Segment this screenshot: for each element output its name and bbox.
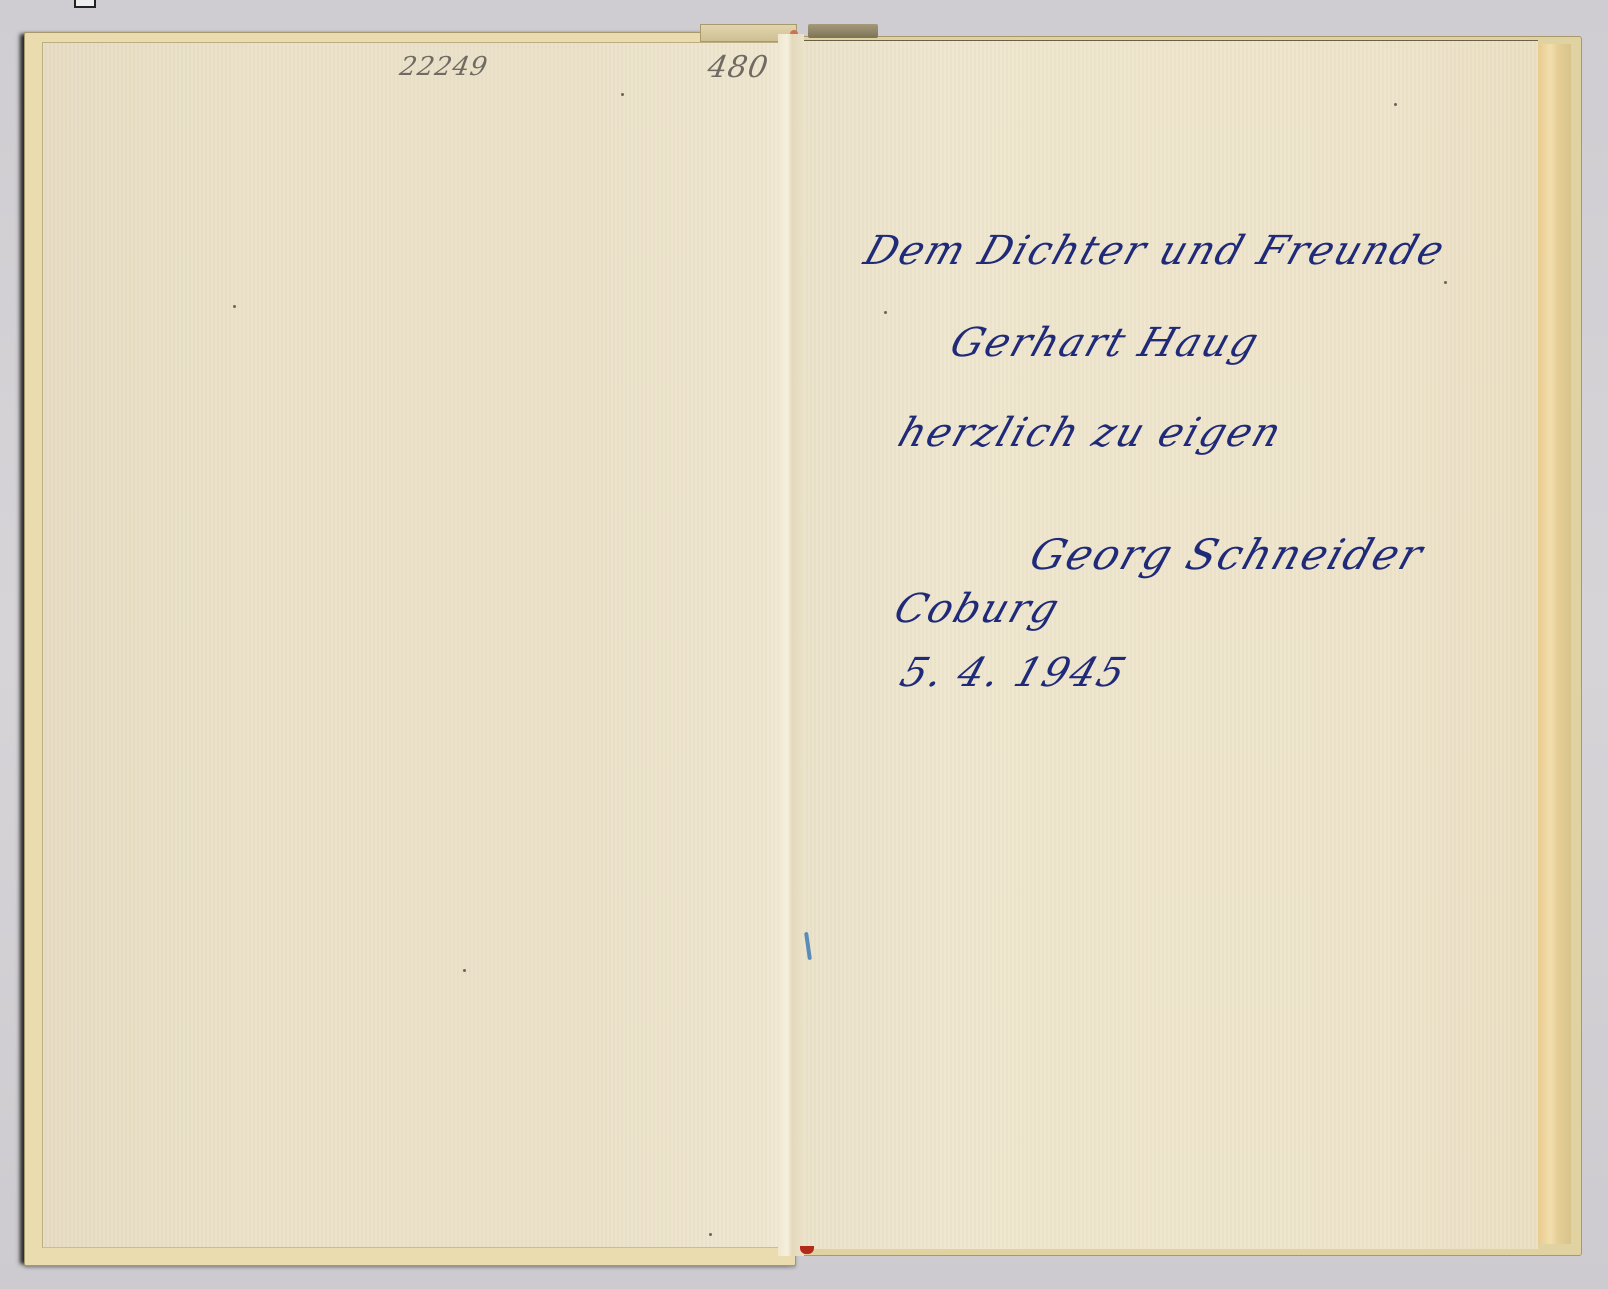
inscription-line-greeting: herzlich zu eigen [893, 410, 1289, 456]
pencil-catalog-number: 22249 [397, 52, 490, 82]
inscription-line-dedication: Dem Dichter und Freunde [859, 228, 1452, 274]
paper-speck [621, 93, 624, 96]
headband-right [808, 24, 878, 38]
left-pastedown-page [42, 42, 795, 1248]
pencil-price-mark: 480 [705, 50, 771, 85]
inscription-place: Coburg [889, 586, 1067, 632]
paper-speck [463, 969, 466, 972]
book-scan: 22249 480 Dem Dichter und Freunde Gerhar… [0, 0, 1608, 1289]
paper-speck [233, 305, 236, 308]
spine-gutter [778, 34, 804, 1256]
page-block-edge [1536, 44, 1571, 1244]
paper-speck [1394, 103, 1397, 106]
paper-speck [884, 311, 887, 314]
inscription-signature: Georg Schneider [1024, 530, 1430, 579]
inscription-date: 5. 4. 1945 [895, 650, 1134, 696]
inscription-line-recipient: Gerhart Haug [945, 320, 1266, 366]
paper-speck [1444, 281, 1447, 284]
paper-speck [709, 1233, 712, 1236]
scan-corner-mark [74, 0, 96, 8]
right-flyleaf-page [804, 40, 1538, 1249]
